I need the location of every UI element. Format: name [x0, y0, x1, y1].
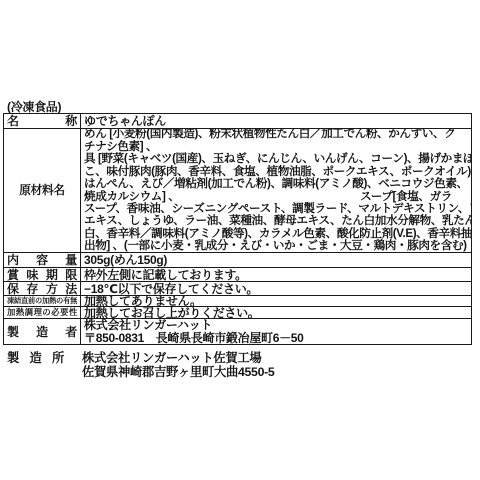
- name-value-cell: ゆでちゃんぽん: [81, 114, 471, 128]
- table-row-heating: 加熱調理の必要性 加熱してお召し上がりください。: [4, 306, 471, 318]
- ingredients-line-5: はんぺん、えび／増粘剤(加工でん粉)、調味料(アミノ酸)、ベニコウジ色素、: [84, 178, 468, 190]
- factory-address: 佐賀県神崎郡吉野ヶ里町大曲4550-5: [82, 365, 274, 379]
- heating-value-cell: 加熱してお召し上がりください。: [81, 307, 471, 318]
- factory-lines: 株式会社リンガーハット佐賀工場 佐賀県神崎郡吉野ヶ里町大曲4550-5: [82, 351, 274, 379]
- best-before-value: 枠外左側に記載しております。: [84, 269, 468, 281]
- table-row-storage: 保存方法 −18℃以下で保存してください。: [4, 281, 471, 295]
- heating-value: 加熱してお召し上がりください。: [84, 307, 468, 318]
- contents-value-cell: 305g(めん150g): [81, 253, 471, 267]
- name-label-cell: 名称: [4, 114, 81, 128]
- manufacturer-label: 製造者: [7, 326, 77, 338]
- heating-label-cell: 加熱調理の必要性: [4, 307, 81, 318]
- factory-label: 製造所: [7, 351, 64, 365]
- contents-value: 305g(めん150g): [84, 254, 468, 266]
- manufacturer-name: 株式会社リンガーハット: [84, 319, 468, 332]
- ingredients-line-3: 具 [野菜(キャベツ(国産)、玉ねぎ、にんじん、いんげん、コーン)、揚げかまぼ: [84, 153, 468, 165]
- storage-value-cell: −18℃以下で保存してください。: [81, 282, 471, 295]
- ingredients-label-cell: 原材料名: [4, 129, 81, 252]
- name-label: 名称: [7, 115, 77, 127]
- storage-label-cell: 保存方法: [4, 282, 81, 295]
- manufacturer-address: 〒850-0831 長崎県長崎市鍛冶屋町6－50: [84, 332, 468, 345]
- table-row-contents: 内容量 305g(めん150g): [4, 252, 471, 267]
- best-before-label: 賞味期限: [7, 269, 77, 281]
- name-value: ゆでちゃんぽん: [84, 115, 468, 127]
- ingredients-line-8: エキス、しょうゆ、ラー油、菜種油、酵母エキス、たん白加水分解物、乳たん: [84, 215, 468, 227]
- table-row-best-before: 賞味期限 枠外左側に記載しております。: [4, 267, 471, 281]
- factory-name: 株式会社リンガーハット佐賀工場: [82, 351, 274, 365]
- factory-block: 製造所 株式会社リンガーハット佐賀工場 佐賀県神崎郡吉野ヶ里町大曲4550-5: [7, 351, 274, 379]
- heating-label: 加熱調理の必要性: [7, 308, 77, 316]
- best-before-label-cell: 賞味期限: [4, 268, 81, 281]
- ingredients-value-cell: めん [小麦粉(国内製造)、粉末状植物性たん白／加工でん粉、かんすい、ク チナシ…: [81, 129, 471, 252]
- best-before-value-cell: 枠外左側に記載しております。: [81, 268, 471, 281]
- storage-value: −18℃以下で保存してください。: [84, 283, 468, 295]
- manufacturer-label-cell: 製造者: [4, 319, 81, 344]
- storage-label: 保存方法: [7, 283, 77, 295]
- table-row-ingredients: 原材料名 めん [小麦粉(国内製造)、粉末状植物性たん白／加工でん粉、かんすい、…: [4, 128, 471, 252]
- label-sheet: (冷凍食品) 名称 ゆでちゃんぽん 原材料名 めん [小麦粉(国内製造)、粉末状…: [0, 0, 480, 480]
- contents-label-cell: 内容量: [4, 253, 81, 267]
- table-row-name: 名称 ゆでちゃんぽん: [4, 114, 471, 128]
- contents-label: 内容量: [7, 254, 77, 266]
- ingredients-line-10: 出物] 、(一部に小麦・乳成分・えび・いか・ごま・大豆・鶏肉・豚肉を含む): [84, 240, 468, 252]
- preheat-label-cell: 凍結直前の加熱の有無: [4, 296, 81, 306]
- spec-table: 名称 ゆでちゃんぽん 原材料名 めん [小麦粉(国内製造)、粉末状植物性たん白／…: [3, 113, 472, 345]
- preheat-value: 加熱してありません。: [84, 296, 468, 306]
- preheat-value-cell: 加熱してありません。: [81, 296, 471, 306]
- table-row-preheat: 凍結直前の加熱の有無 加熱してありません。: [4, 295, 471, 306]
- table-row-manufacturer: 製造者 株式会社リンガーハット 〒850-0831 長崎県長崎市鍛冶屋町6－50: [4, 318, 471, 344]
- manufacturer-value-cell: 株式会社リンガーハット 〒850-0831 長崎県長崎市鍛冶屋町6－50: [81, 319, 471, 344]
- preheat-label: 凍結直前の加熱の有無: [7, 297, 77, 304]
- ingredients-label: 原材料名: [7, 185, 77, 197]
